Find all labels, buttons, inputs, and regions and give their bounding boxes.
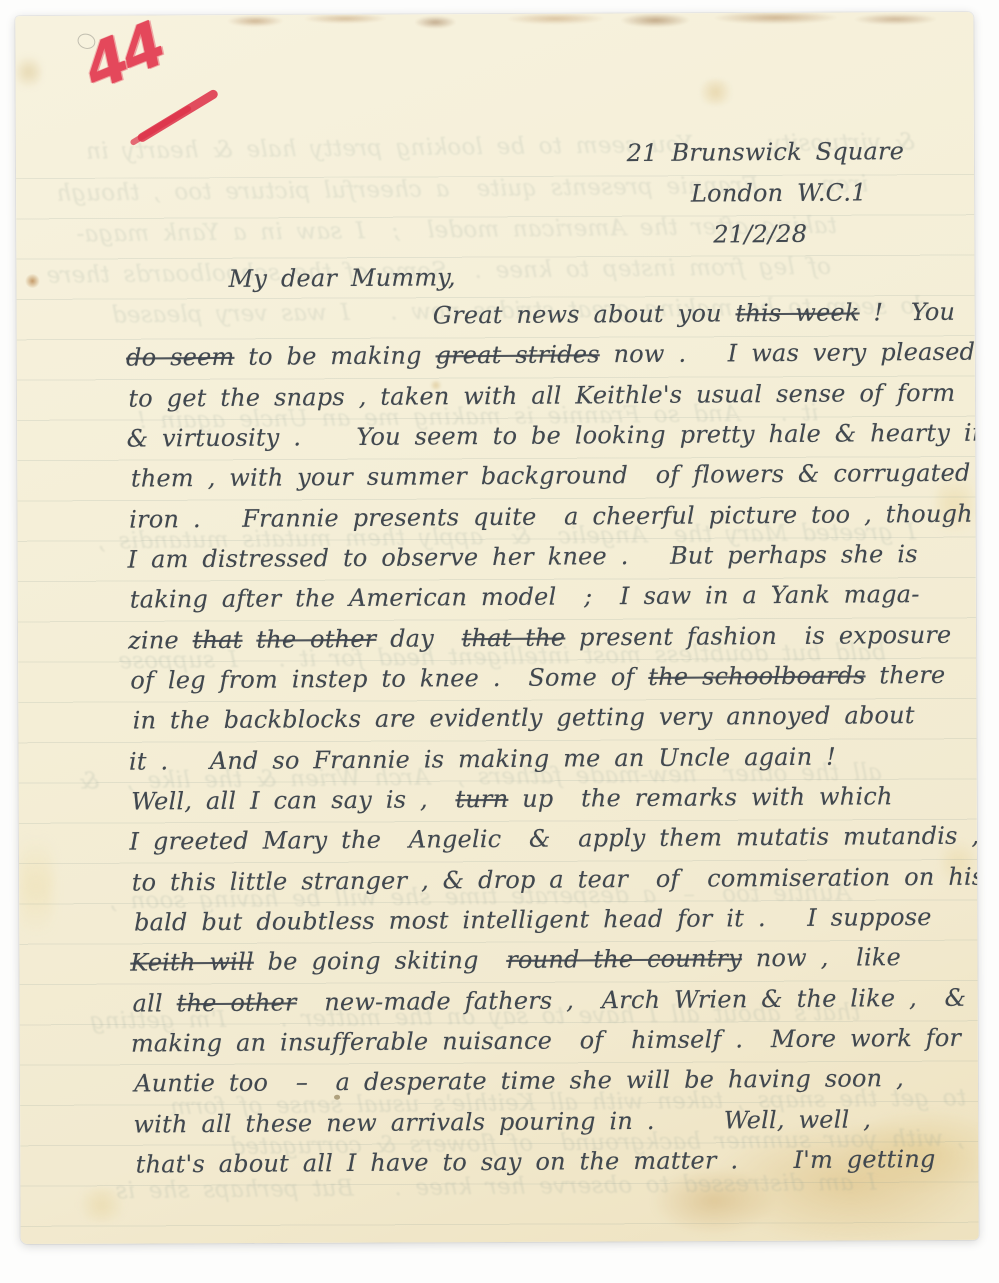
letter-text: 21 Brunswick SquareLondon W.C.121/2/28 M…	[15, 12, 978, 1244]
letter-line: bald but doubtless most intelligent head…	[134, 903, 932, 937]
scanned-letter-page: { "page": { "paper_color": "#f4eed6", "i…	[0, 0, 999, 1283]
letter-line: I am distressed to observe her knee . Bu…	[127, 540, 917, 574]
salutation-line: My dear Mummy,	[228, 263, 455, 293]
letter-line: all the other new-made fathers , Arch Wr…	[133, 984, 967, 1018]
letter-line: Auntie too – a desperate time she will b…	[134, 1064, 904, 1097]
letter-line: them , with your summer background of fl…	[131, 459, 971, 493]
letter-line: zine that the other day that the present…	[128, 621, 952, 655]
letter-line: in the backblocks are evidently getting …	[133, 701, 915, 734]
letter-line: do seem to be making great strides now .…	[126, 338, 975, 372]
letter-body: Great news about you this week ! Youdo s…	[15, 12, 971, 17]
address-line: London W.C.1	[691, 178, 867, 207]
letter-paper: & virtuosity . You seem to be looking pr…	[15, 12, 978, 1244]
letter-line: Keith will be going skiting round the co…	[130, 943, 901, 976]
letter-line: making an insufferable nuisance of himse…	[131, 1024, 961, 1058]
letter-line: with all these new arrivals pouring in .…	[133, 1105, 871, 1138]
salutation-block: My dear Mummy,	[15, 12, 971, 17]
letter-line: & virtuosity . You seem to be looking pr…	[127, 419, 979, 453]
letter-line: of leg from instep to knee . Some of the…	[130, 661, 945, 695]
letter-line: taking after the American model ; I saw …	[130, 580, 920, 614]
address-line: 21/2/28	[713, 220, 807, 249]
letter-line: I greeted Mary the Angelic & apply them …	[129, 822, 978, 856]
address-block: 21 Brunswick SquareLondon W.C.121/2/28	[15, 12, 971, 17]
letter-line: it . And so Frannie is making me an Uncl…	[129, 743, 836, 776]
letter-line: to this little stranger , & drop a tear …	[132, 863, 979, 897]
address-line: 21 Brunswick Square	[627, 137, 905, 167]
letter-line: Great news about you this week ! You	[433, 298, 956, 330]
letter-line: iron . Frannie presents quite a cheerful…	[129, 500, 973, 534]
letter-line: that's about all I have to say on the ma…	[136, 1145, 936, 1179]
letter-line: Well, all I can say is , turn up the rem…	[131, 782, 893, 815]
letter-line: to get the snaps , taken with all Keithl…	[128, 379, 955, 413]
